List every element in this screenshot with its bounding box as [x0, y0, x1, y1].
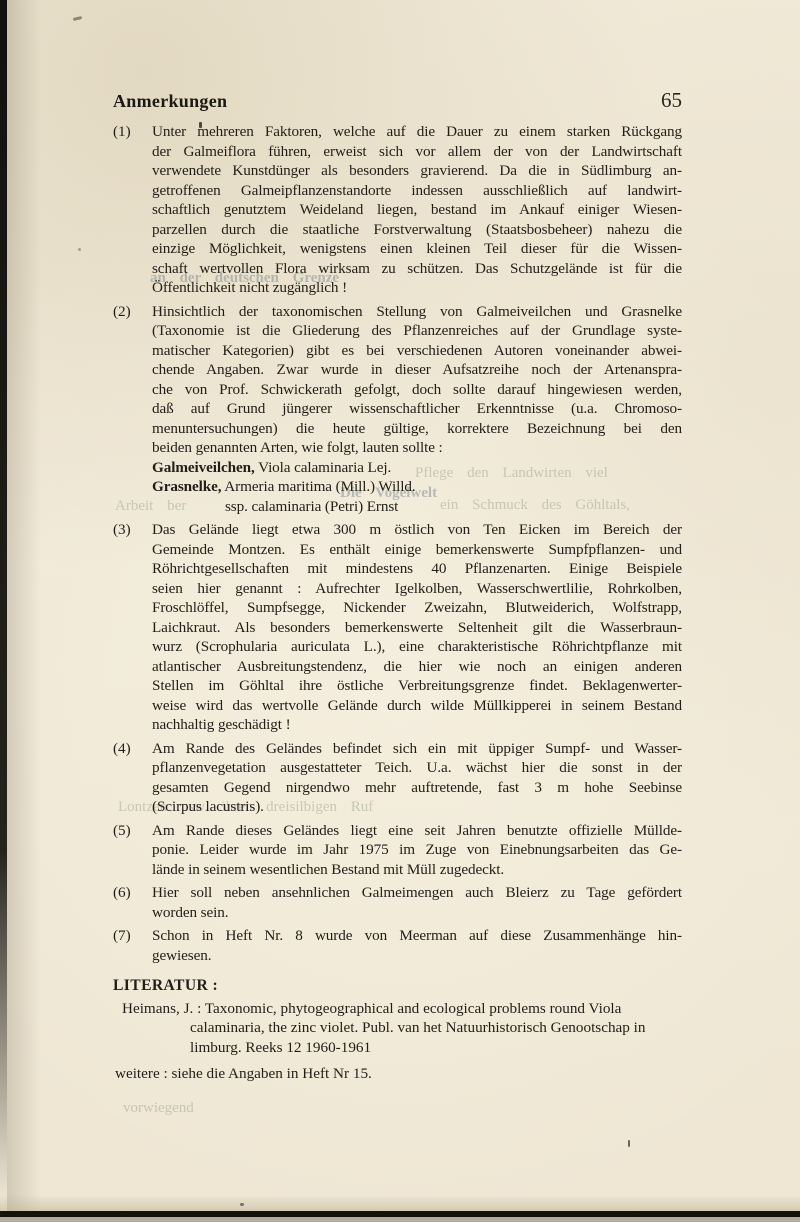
scan-edge-left — [0, 0, 7, 1214]
note-text-block: Hinsichtlich der taxonomischen Stellung … — [152, 302, 682, 517]
note-line: daß auf Grund jüngerer wissenschaftliche… — [152, 399, 682, 419]
note-line: Unter mehreren Faktoren, welche auf die … — [152, 122, 682, 142]
note-item: (4)Am Rande des Geländes befindet sich e… — [113, 739, 682, 817]
note-number: (2) — [113, 302, 152, 517]
note-line: wurz (Scrophularia auriculata L.), eine … — [152, 637, 682, 657]
note-line: gewiesen. — [152, 946, 682, 966]
note-line: getroffenen Galmeipflanzenstandorte inde… — [152, 181, 682, 201]
scan-left-shadow — [7, 0, 41, 1222]
scan-bottom-shadow — [0, 1194, 800, 1211]
scan-edge-bottom-outer — [0, 1217, 800, 1222]
literature-entry-line: calaminaria, the zinc violet. Publ. van … — [113, 1018, 682, 1038]
species-latin-name: Armeria maritima (Mill.) Willd. — [221, 478, 415, 495]
note-line: worden sein. — [152, 903, 682, 923]
note-line: verwendete Kunstdünger als besonders gra… — [152, 161, 682, 181]
literature-section: LITERATUR : Heimans, J. : Taxonomic, phy… — [113, 976, 682, 1084]
page-header: Anmerkungen 65 — [113, 88, 682, 113]
note-text-block: Unter mehreren Faktoren, welche auf die … — [152, 122, 682, 298]
literature-entry-continuation: calaminaria, the zinc violet. Publ. van … — [113, 1018, 682, 1057]
note-item: (7)Schon in Heft Nr. 8 wurde von Meerman… — [113, 926, 682, 965]
literature-heading: LITERATUR : — [113, 976, 682, 996]
note-line: chende Angaben. Zwar wurde in dieser Auf… — [152, 360, 682, 380]
note-text-block: Schon in Heft Nr. 8 wurde von Meerman au… — [152, 926, 682, 965]
note-item: (6)Hier soll neben ansehnlichen Galmeime… — [113, 883, 682, 922]
note-line: nachhaltig geschädigt ! — [152, 715, 682, 735]
notes-list: (1)Unter mehreren Faktoren, welche auf d… — [113, 122, 682, 965]
note-text-block: Das Gelände liegt etwa 300 m östlich von… — [152, 520, 682, 735]
note-item: (3)Das Gelände liegt etwa 300 m östlich … — [113, 520, 682, 735]
note-text-block: Am Rande dieses Geländes liegt eine seit… — [152, 821, 682, 880]
ink-speck — [199, 122, 202, 128]
note-line: einzige Möglichkeit, wenigstens einen kl… — [152, 239, 682, 259]
note-line: (Taxonomie ist die Gliederung des Pflanz… — [152, 321, 682, 341]
note-line: ponie. Leider wurde im Jahr 1975 im Zuge… — [152, 840, 682, 860]
note-line: schaft wertvollen Flora wirksam zu schüt… — [152, 259, 682, 279]
note-line: parzellen durch die staatliche Forstverw… — [152, 220, 682, 240]
note-text-block: Hier soll neben ansehnlichen Galmeimenge… — [152, 883, 682, 922]
scanned-book-page: an der deutschen GrenzePflege den Landwi… — [0, 0, 800, 1222]
note-line: beiden genannten Arten, wie folgt, laute… — [152, 438, 682, 458]
species-latin-name: ssp. calaminaria (Petri) Ernst — [225, 498, 398, 515]
species-latin-name: Viola calaminaria Lej. — [255, 459, 392, 476]
note-line: pflanzenvegetation ausgestatteter Teich.… — [152, 758, 682, 778]
note-line: Am Rande des Geländes befindet sich ein … — [152, 739, 682, 759]
literature-weitere-line: weitere : siehe die Angaben in Heft Nr 1… — [113, 1064, 682, 1084]
ink-speck — [78, 248, 81, 251]
page-number: 65 — [661, 88, 682, 113]
species-name-line: Galmeiveilchen, Viola calaminaria Lej. — [152, 458, 682, 478]
note-line: lände in seinem wesentlichen Bestand mit… — [152, 860, 682, 880]
note-line: Stellen im Göhltal ihre östliche Verbrei… — [152, 676, 682, 696]
note-line: matischer Kategorien) gibt es bei versch… — [152, 341, 682, 361]
note-line: Froschlöffel, Sumpfsegge, Nickender Zwei… — [152, 598, 682, 618]
literature-entry-line: limburg. Reeks 12 1960-1961 — [113, 1038, 682, 1058]
ink-speck — [73, 16, 82, 21]
note-line: che von Prof. Schwickerath gefolgt, doch… — [152, 380, 682, 400]
species-name-line: ssp. calaminaria (Petri) Ernst — [152, 497, 682, 517]
note-line: Hinsichtlich der taxonomischen Stellung … — [152, 302, 682, 322]
ink-speck — [628, 1140, 630, 1147]
note-line: Gemeinde Montzen. Es enthält einige beme… — [152, 540, 682, 560]
page-content: Anmerkungen 65 (1)Unter mehreren Faktore… — [113, 88, 682, 1084]
note-line: menuntersuchungen) die heute gültige, ko… — [152, 419, 682, 439]
literature-entry-line: Heimans, J. : Taxonomic, phytogeographic… — [113, 999, 682, 1019]
note-line: weise wird das wertvolle Gelände durch w… — [152, 696, 682, 716]
species-common-name: Grasnelke, — [152, 478, 221, 495]
page-title: Anmerkungen — [113, 91, 227, 112]
note-number: (7) — [113, 926, 152, 965]
bleed-through-text: vorwiegend — [123, 1100, 194, 1117]
note-line: Röhrichtgesellschaften mit mindestens 40… — [152, 559, 682, 579]
note-line: gesamten Gegend nirgendwo mehr auftreten… — [152, 778, 682, 798]
note-line: schaftlich genutztem Weideland liegen, b… — [152, 200, 682, 220]
note-line: seien hier genannt : Aufrechter Igelkolb… — [152, 579, 682, 599]
note-number: (6) — [113, 883, 152, 922]
note-text-block: Am Rande des Geländes befindet sich ein … — [152, 739, 682, 817]
note-line: Schon in Heft Nr. 8 wurde von Meerman au… — [152, 926, 682, 946]
note-line: Öffentlichkeit nicht zugänglich ! — [152, 278, 682, 298]
note-item: (5)Am Rande dieses Geländes liegt eine s… — [113, 821, 682, 880]
note-number: (3) — [113, 520, 152, 735]
note-line: Am Rande dieses Geländes liegt eine seit… — [152, 821, 682, 841]
note-item: (2)Hinsichtlich der taxonomischen Stellu… — [113, 302, 682, 517]
note-line: Das Gelände liegt etwa 300 m östlich von… — [152, 520, 682, 540]
note-line: Hier soll neben ansehnlichen Galmeimenge… — [152, 883, 682, 903]
note-number: (1) — [113, 122, 152, 298]
species-common-name: Galmeiveilchen, — [152, 459, 255, 476]
note-number: (5) — [113, 821, 152, 880]
note-line: atlantischer Ausbreitungstendenz, die hi… — [152, 657, 682, 677]
species-name-line: Grasnelke, Armeria maritima (Mill.) Will… — [152, 477, 682, 497]
note-line: der Galmeiflora führen, erweist sich vor… — [152, 142, 682, 162]
note-item: (1)Unter mehreren Faktoren, welche auf d… — [113, 122, 682, 298]
note-number: (4) — [113, 739, 152, 817]
note-line: (Scirpus lacustris). — [152, 797, 682, 817]
note-line: Laichkraut. Als besonders bemerkenswerte… — [152, 618, 682, 638]
